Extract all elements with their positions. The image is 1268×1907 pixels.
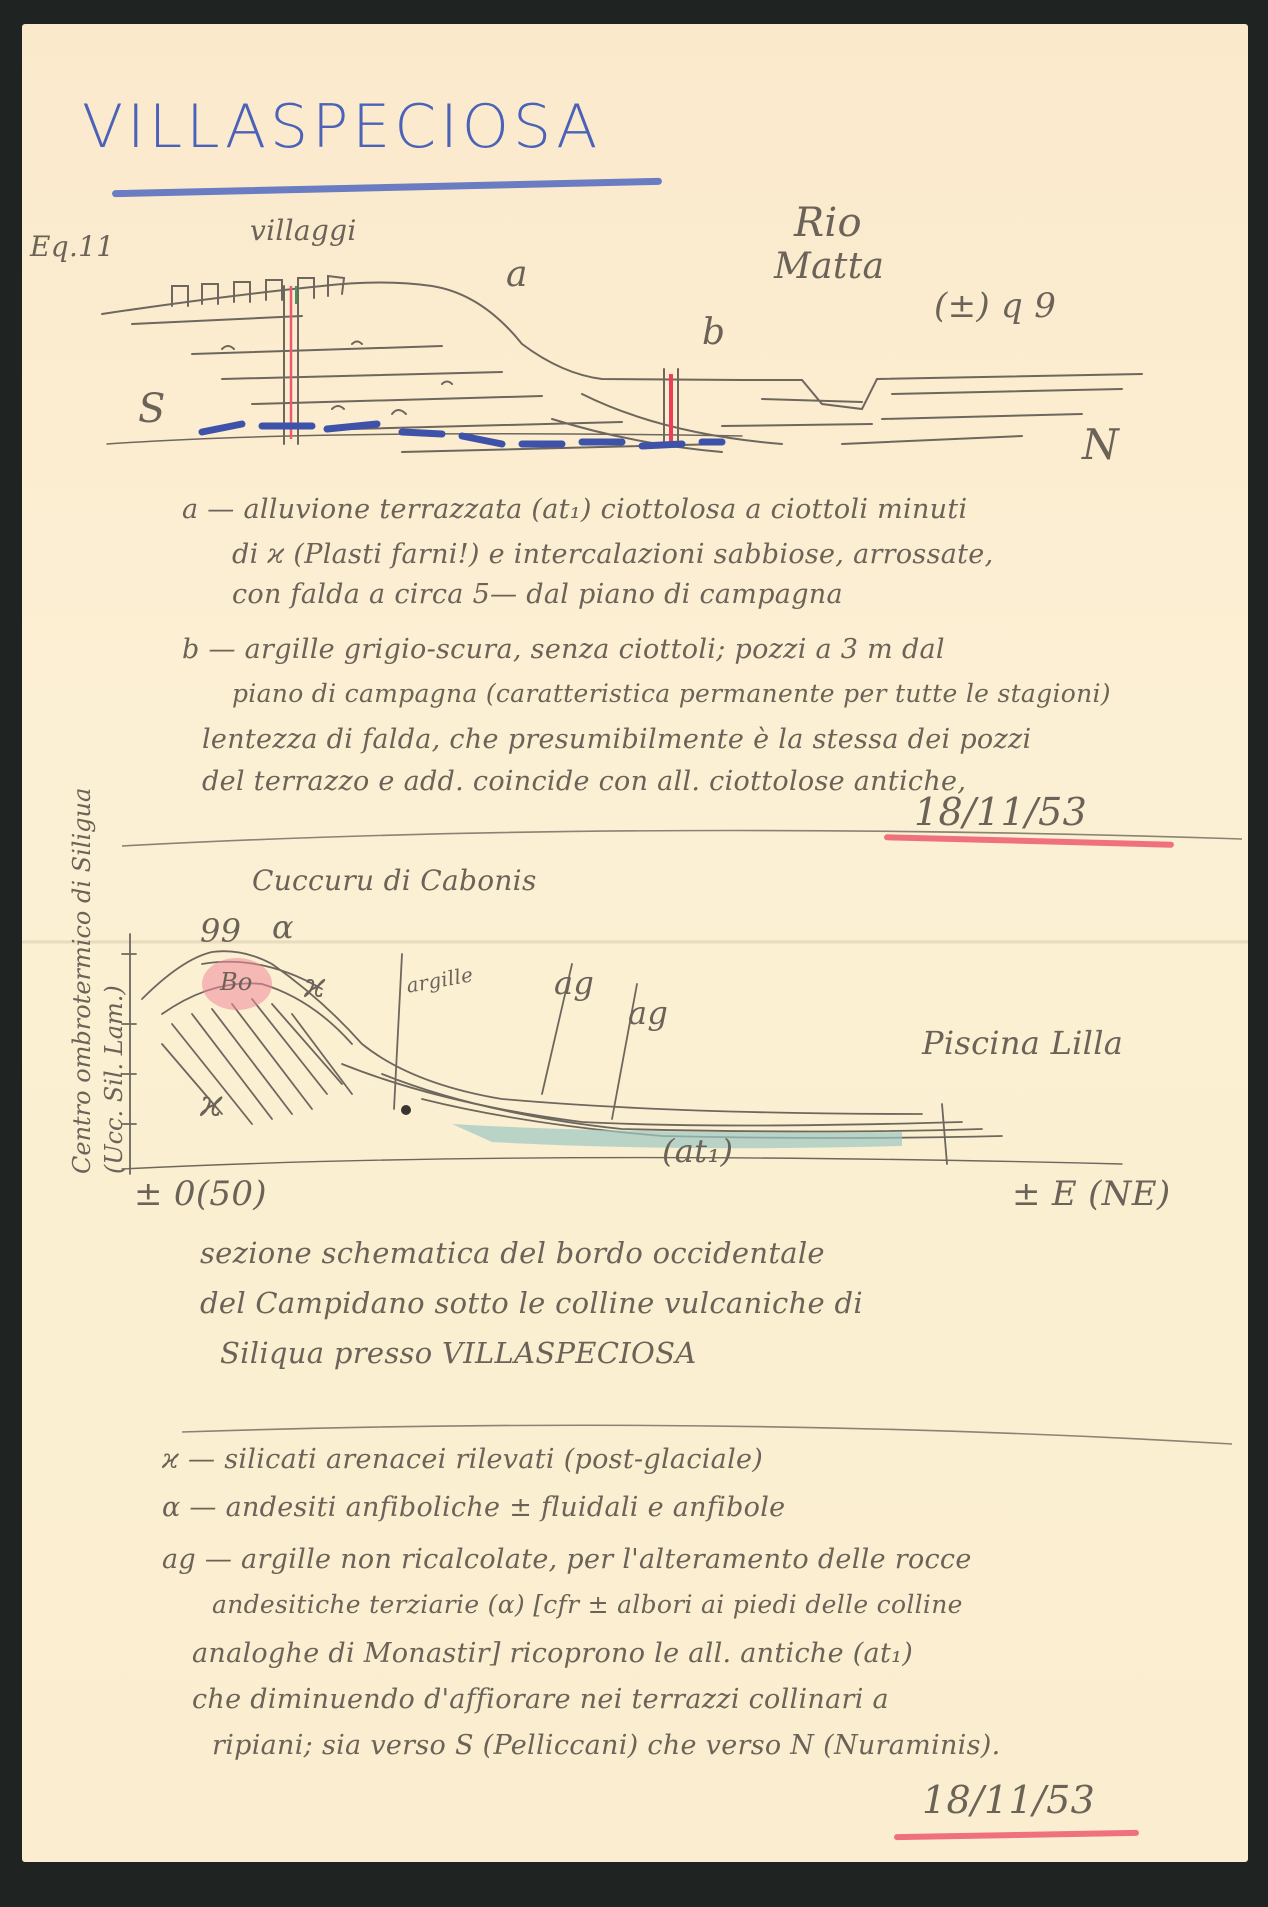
- north-label: N: [1082, 420, 1119, 469]
- note-line: piano di campagna (caratteristica perman…: [232, 679, 1111, 708]
- legend-line: α — andesiti anfiboliche ± fluidali e an…: [162, 1492, 785, 1523]
- vertical-margin-note: Centro ombrotermico di Siligua (Ucc. Sil…: [66, 788, 130, 1174]
- chi-bottom-label: ϰ: [200, 1084, 223, 1125]
- note-line: del terrazzo e add. coincide con all. ci…: [202, 766, 966, 797]
- piscina-label: Piscina Lilla: [922, 1024, 1123, 1062]
- east-label: ± E (NE): [1012, 1174, 1170, 1214]
- section1-color-marks: [202, 286, 722, 446]
- section2-date: 18/11/53: [922, 1778, 1095, 1822]
- legend-line: che diminuendo d'affiorare nei terrazzi …: [192, 1684, 889, 1715]
- bo-label: Bo: [220, 968, 253, 996]
- ag-label-1: ag: [554, 964, 594, 1002]
- description-line: sezione schematica del bordo occidentale: [200, 1236, 825, 1270]
- left-code-label: Eq.11: [30, 230, 114, 263]
- ag-label-2: ag: [628, 994, 668, 1032]
- at1-label: (at₁): [662, 1132, 733, 1170]
- river-label-line1: Rio: [794, 200, 862, 246]
- section1-date: 18/11/53: [914, 790, 1087, 834]
- section-divider-2: [182, 1425, 1232, 1444]
- elevation-label: 99: [200, 912, 241, 950]
- vertical-note-line2: (Ucc. Sil. Lam.): [98, 788, 130, 1174]
- river-label-line2: Matta: [774, 246, 884, 287]
- note-line: con falda a circa 5— dal piano di campag…: [232, 579, 843, 610]
- note-line: a — alluvione terrazzata (at₁) ciottolos…: [182, 494, 967, 525]
- right-code-label: (±) q 9: [934, 286, 1056, 326]
- legend-line: ϰ — silicati arenacei rilevati (post-gla…: [162, 1444, 763, 1475]
- origin-label: ± 0(50): [134, 1174, 267, 1214]
- legend-line: analoghe di Monastir] ricoprono le all. …: [192, 1638, 913, 1669]
- alpha-label: α: [272, 908, 294, 946]
- note-line: b — argille grigio-scura, senza ciottoli…: [182, 634, 945, 665]
- legend-line: ripiani; sia verso S (Pelliccani) che ve…: [212, 1730, 1001, 1761]
- south-label: S: [138, 386, 166, 432]
- chi-top-label: ϰ: [304, 966, 326, 1006]
- point-b-label: b: [702, 312, 725, 353]
- vertical-note-line1: Centro ombrotermico di Siligua: [66, 788, 98, 1174]
- hill-name-label: Cuccuru di Cabonis: [252, 864, 537, 897]
- note-line: di ϰ (Plasti farni!) e intercalazioni sa…: [232, 539, 993, 570]
- description-line: del Campidano sotto le colline vulcanich…: [200, 1286, 863, 1320]
- legend-line: ag — argille non ricalcolate, per l'alte…: [162, 1544, 972, 1575]
- point-a-label: a: [506, 254, 528, 295]
- description-line: Siliqua presso VILLASPECIOSA: [220, 1336, 697, 1370]
- villaggi-label: villaggi: [250, 214, 357, 247]
- note-line: lentezza di falda, che presumibilmente è…: [202, 724, 1031, 755]
- notebook-page: VILLASPECIOSA: [22, 24, 1248, 1862]
- legend-line: andesitiche terziarie (α) [cfr ± albori …: [212, 1590, 963, 1619]
